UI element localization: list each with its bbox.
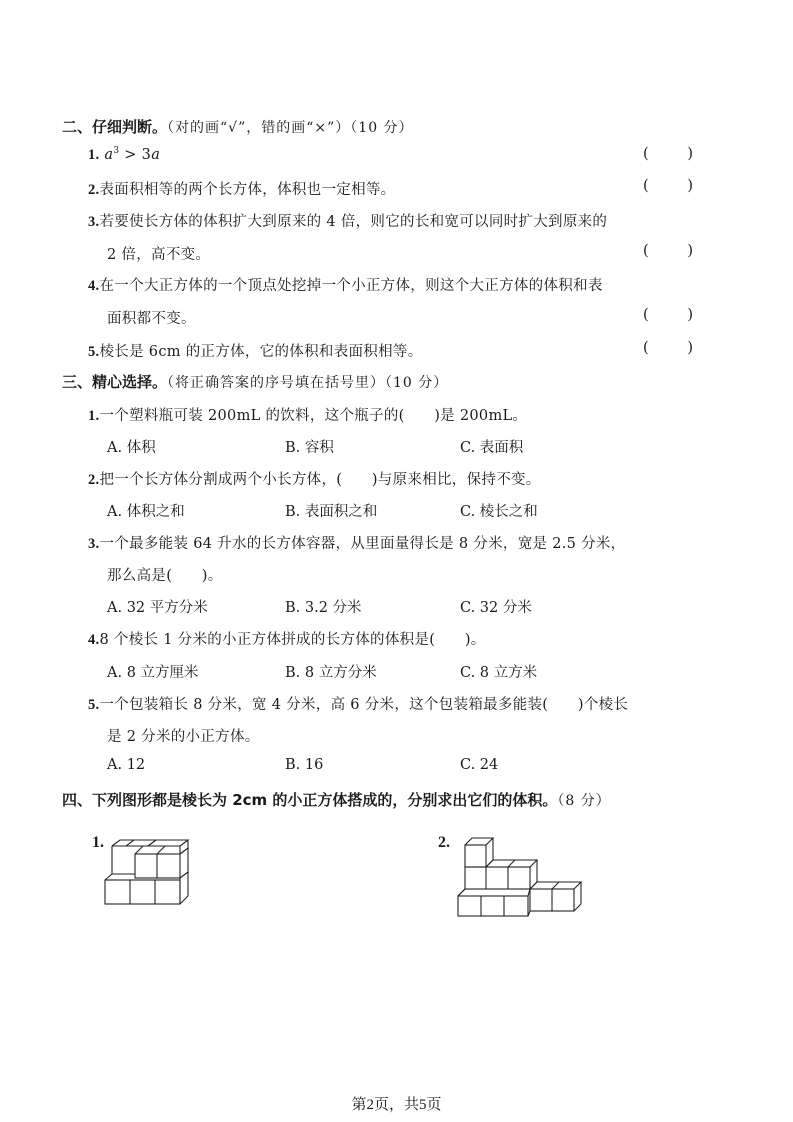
item-text: 一个塑料瓶可装 200mL 的饮料，这个瓶子的( )是 200mL。 <box>99 408 527 424</box>
answer-paren-1[interactable]: () <box>643 146 693 162</box>
option-a[interactable]: A. 32 平方分米 <box>107 596 208 617</box>
item-text: 一个最多能装 64 升水的长方体容器，从里面量得长是 8 分米，宽是 2.5 分… <box>99 536 625 552</box>
judge-item-5: 5.棱长是 6cm 的正方体，它的体积和表面积相等。 <box>88 340 423 361</box>
option-b[interactable]: B. 16 <box>285 757 323 773</box>
item-text: 把一个长方体分割成两个小长方体，( )与原来相比，保持不变。 <box>99 472 540 488</box>
item-text: 在一个大正方体的一个顶点处挖掉一个小正方体，则这个大正方体的体积和表 <box>99 278 602 294</box>
section-4-note: （8 分） <box>557 793 610 809</box>
option-c[interactable]: C. 棱长之和 <box>460 500 538 521</box>
item-text: 若要使长方体的体积扩大到原来的 4 倍，则它的长和宽可以同时扩大到原来的 <box>99 214 607 230</box>
judge-item-4: 4.在一个大正方体的一个顶点处挖掉一个小正方体，则这个大正方体的体积和表 <box>88 274 603 295</box>
choice-item-1: 1.一个塑料瓶可装 200mL 的饮料，这个瓶子的( )是 200mL。 <box>88 404 527 425</box>
judge-item-3-cont: 2 倍，高不变。 <box>107 243 210 264</box>
choice-item-3: 3.一个最多能装 64 升水的长方体容器，从里面量得长是 8 分米，宽是 2.5… <box>88 532 625 553</box>
judge-item-1: 1. a3 > 3a <box>88 146 160 164</box>
answer-paren-4[interactable]: () <box>643 307 693 323</box>
option-a[interactable]: A. 12 <box>107 757 145 773</box>
section-3-heading: 三、精心选择。（将正确答案的序号填在括号里）（10 分） <box>62 371 448 392</box>
option-c[interactable]: C. 32 分米 <box>460 596 532 617</box>
choice-item-5: 5.一个包装箱长 8 分米，宽 4 分米，高 6 分米，这个包装箱最多能装( )… <box>88 693 628 714</box>
item-text: 一个包装箱长 8 分米，宽 4 分米，高 6 分米，这个包装箱最多能装( )个棱… <box>99 697 628 713</box>
option-a[interactable]: A. 8 立方厘米 <box>107 661 199 682</box>
section-2-heading: 二、仔细判断。（对的画“√”，错的画“×”）（10 分） <box>62 116 414 137</box>
item-number: 1. <box>88 147 99 163</box>
option-b[interactable]: B. 容积 <box>285 436 334 457</box>
option-b[interactable]: B. 3.2 分米 <box>285 596 362 617</box>
judge-item-2: 2.表面积相等的两个长方体，体积也一定相等。 <box>88 178 395 199</box>
item-text: 8 个棱长 1 分米的小正方体拼成的长方体的体积是( )。 <box>99 632 485 648</box>
cube-stack-figure-1-icon <box>100 838 200 913</box>
section-4-title: 四、下列图形都是棱长为 2cm 的小正方体搭成的，分别求出它们的体积。 <box>62 791 557 809</box>
option-c[interactable]: C. 24 <box>460 757 498 773</box>
judge-item-3: 3.若要使长方体的体积扩大到原来的 4 倍，则它的长和宽可以同时扩大到原来的 <box>88 210 607 231</box>
choice-item-5-cont: 是 2 分米的小正方体。 <box>107 725 260 746</box>
item-text: a3 > 3a <box>104 147 160 163</box>
item-text: 棱长是 6cm 的正方体，它的体积和表面积相等。 <box>99 344 422 360</box>
section-2-note: （对的画“√”，错的画“×”）（10 分） <box>167 120 414 136</box>
choice-item-4: 4.8 个棱长 1 分米的小正方体拼成的长方体的体积是( )。 <box>88 628 486 649</box>
option-c[interactable]: C. 表面积 <box>460 436 523 457</box>
option-a[interactable]: A. 体积 <box>107 436 156 457</box>
section-2-title: 二、仔细判断。 <box>62 118 167 136</box>
answer-paren-2[interactable]: () <box>643 178 693 194</box>
page-number: 第2页，共5页 <box>0 1093 793 1114</box>
judge-item-4-cont: 面积都不变。 <box>107 307 196 328</box>
choice-item-2: 2.把一个长方体分割成两个小长方体，( )与原来相比，保持不变。 <box>88 468 541 489</box>
option-c[interactable]: C. 8 立方米 <box>460 661 537 682</box>
option-b[interactable]: B. 8 立方分米 <box>285 661 377 682</box>
choice-item-3-cont: 那么高是( )。 <box>107 564 223 585</box>
cube-stack-figure-2-icon <box>455 833 590 918</box>
item-text: 表面积相等的两个长方体，体积也一定相等。 <box>99 182 395 198</box>
figure-2-label: 2. <box>438 834 450 852</box>
section-3-title: 三、精心选择。 <box>62 373 167 391</box>
section-3-note: （将正确答案的序号填在括号里）（10 分） <box>167 375 448 391</box>
answer-paren-5[interactable]: () <box>643 340 693 356</box>
section-4-heading: 四、下列图形都是棱长为 2cm 的小正方体搭成的，分别求出它们的体积。（8 分） <box>62 789 611 810</box>
option-a[interactable]: A. 体积之和 <box>107 500 185 521</box>
answer-paren-3[interactable]: () <box>643 243 693 259</box>
option-b[interactable]: B. 表面积之和 <box>285 500 377 521</box>
